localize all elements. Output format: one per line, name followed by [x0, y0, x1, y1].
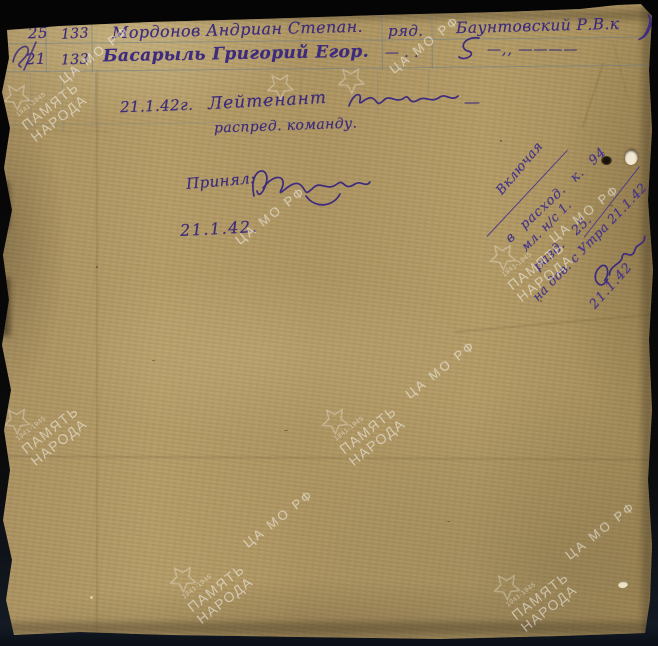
- row1-rank: ряд.: [388, 22, 423, 40]
- row2-office-ditto: —,, ————: [487, 42, 578, 58]
- watermark-memory-block: 1941-1945 ПАМЯТЬ НАРОДА: [315, 376, 408, 468]
- diagonal-crease: [455, 313, 657, 332]
- watermark-camorf: ЦА МО РФ: [562, 498, 638, 562]
- watermark-camorf: ЦА МО РФ: [240, 486, 316, 550]
- grid-hline-row2: [0, 65, 658, 73]
- paper-speck: [447, 521, 450, 522]
- paper-hole-dark: [601, 156, 612, 165]
- grid-vline-3: [381, 11, 383, 69]
- watermark-memory-block: 1941-1945 ПАМЯТЬ НАРОДА: [163, 534, 256, 626]
- horizontal-crease: [0, 455, 658, 460]
- receiver-signature: [246, 160, 374, 212]
- paper-speck: [96, 266, 98, 268]
- left-dark-patch-1: [0, 182, 9, 228]
- watermark-camorf: ЦА МО РФ: [402, 337, 478, 401]
- left-dark-patch-2: [0, 278, 10, 336]
- row1-unit: 133: [61, 25, 90, 42]
- bottom-edge-shadow: [0, 622, 658, 634]
- assignment-date: 21.1.42г.: [120, 96, 194, 117]
- grid-vline-3b: [95, 72, 97, 130]
- paper-speck: [152, 360, 155, 361]
- paper-speck: [284, 430, 288, 431]
- assignment-dash: —: [464, 92, 480, 111]
- scanned-document: 25 133 Мордонов Андриан Степан. ряд. Бау…: [0, 0, 658, 646]
- lieutenant-signature: [346, 88, 462, 116]
- row2-flourish: [455, 34, 485, 64]
- paper-chip: [618, 581, 628, 588]
- row1-line-number: 25: [28, 24, 49, 43]
- paper-speck: [90, 596, 93, 599]
- paper-sheet: 25 133 Мордонов Андриан Степан. ряд. Бау…: [0, 0, 658, 646]
